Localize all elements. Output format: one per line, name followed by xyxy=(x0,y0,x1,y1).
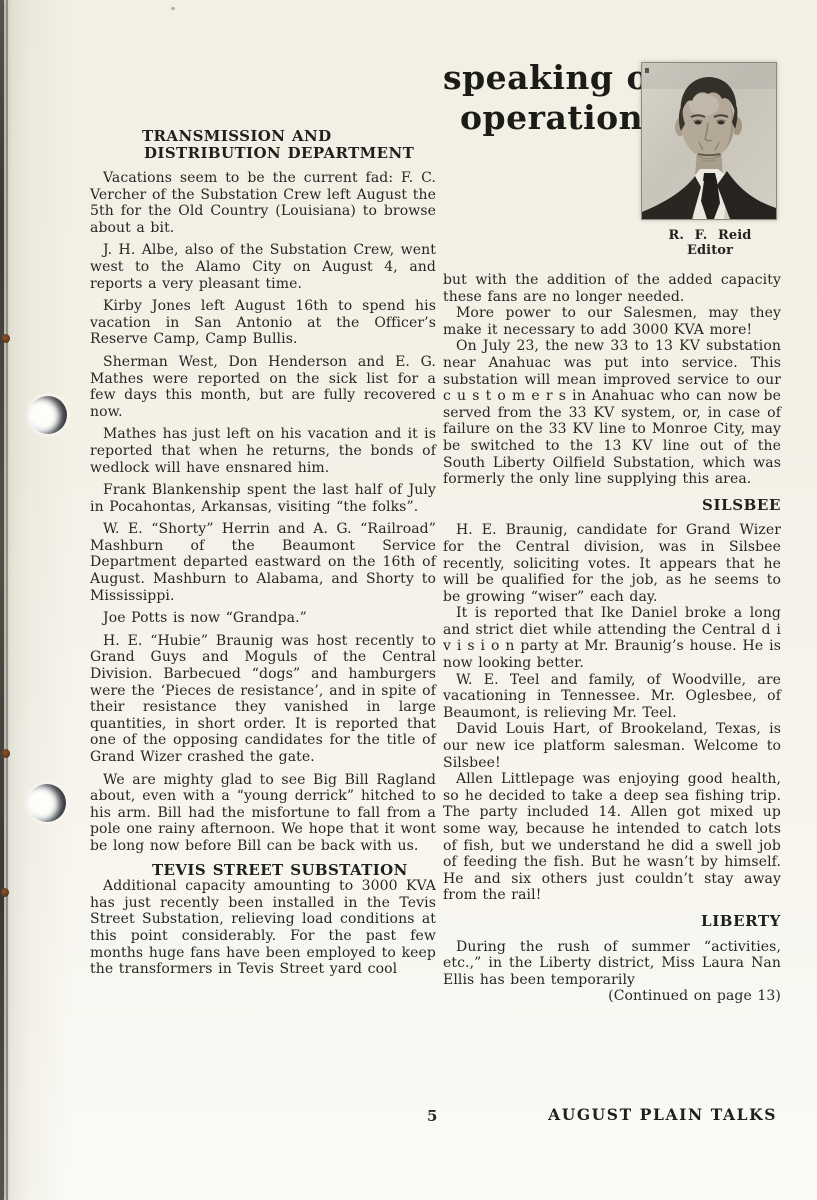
stitch-knot xyxy=(1,888,9,897)
masthead-title: speaking of operations xyxy=(443,58,664,138)
masthead: speaking of operations xyxy=(443,62,781,272)
paragraph: W. E. Teel and family, of Woodville, are… xyxy=(443,672,781,722)
scan-speck xyxy=(171,7,175,10)
paragraph: We are mighty glad to see Big Bill Ragla… xyxy=(90,772,436,855)
portrait-illustration xyxy=(642,63,776,219)
paragraph: H. E. “Hubie” Braunig was host recently … xyxy=(90,633,436,766)
paragraph: Frank Blankenship spent the last half of… xyxy=(90,482,436,515)
paragraph: Additional capacity amounting to 3000 KV… xyxy=(90,878,436,978)
photo-caption: R. F. Reid Editor xyxy=(643,228,777,258)
punch-hole xyxy=(29,396,67,434)
continued-note: (Continued on page 13) xyxy=(443,988,781,1005)
paragraph: J. H. Albe, also of the Substation Crew,… xyxy=(90,242,436,292)
paragraph: More power to our Salesmen, may they mak… xyxy=(443,305,781,338)
scanned-newsletter-page: TRANSMISSION AND DISTRIBUTION DEPARTMENT… xyxy=(0,0,817,1200)
paragraph: Kirby Jones left August 16th to spend hi… xyxy=(90,298,436,348)
editor-portrait-photo xyxy=(641,62,777,220)
editor-title: Editor xyxy=(643,243,777,258)
section-heading-silsbee: SILSBEE xyxy=(443,497,781,514)
stitch-knot xyxy=(2,334,10,343)
paragraph: On July 23, the new 33 to 13 KV substati… xyxy=(443,338,781,487)
footer-publication-title: AUGUST PLAIN TALKS xyxy=(548,1105,777,1124)
paragraph: Mathes has just left on his vacation and… xyxy=(90,426,436,476)
department-heading: TRANSMISSION AND DISTRIBUTION DEPARTMENT xyxy=(90,128,436,162)
paragraph: but with the addition of the added capac… xyxy=(443,272,781,305)
paragraph: W. E. “Shorty” Herrin and A. G. “Railroa… xyxy=(90,521,436,604)
binding-thread xyxy=(6,0,8,1200)
punch-hole xyxy=(28,784,66,822)
department-heading-line1: TRANSMISSION AND xyxy=(90,128,436,145)
editor-name: R. F. Reid xyxy=(643,228,777,243)
paragraph: It is reported that Ike Daniel broke a l… xyxy=(443,605,781,671)
section-heading-liberty: LIBERTY xyxy=(443,913,781,930)
substation-subheading: TEVIS STREET SUBSTATION xyxy=(90,862,436,879)
paragraph: During the rush of summer “activities, e… xyxy=(443,939,781,989)
masthead-title-line1: speaking of xyxy=(443,58,664,98)
department-heading-line2: DISTRIBUTION DEPARTMENT xyxy=(90,145,436,162)
masthead-title-line2: operations xyxy=(443,98,664,138)
paragraph: Vacations seem to be the current fad: F.… xyxy=(90,170,436,236)
paragraph: Joe Potts is now “Grandpa.” xyxy=(90,610,436,627)
left-column: TRANSMISSION AND DISTRIBUTION DEPARTMENT… xyxy=(90,128,436,978)
footer-page-number: 5 xyxy=(427,1107,437,1125)
page-scan-edge xyxy=(0,0,4,1200)
right-column: speaking of operations xyxy=(443,62,781,1005)
paragraph: Allen Littlepage was enjoying good healt… xyxy=(443,771,781,904)
paragraph: H. E. Braunig, candidate for Grand Wizer… xyxy=(443,522,781,605)
stitch-knot xyxy=(2,749,10,758)
paragraph: David Louis Hart, of Brookeland, Texas, … xyxy=(443,721,781,771)
paragraph: Sherman West, Don Henderson and E. G. Ma… xyxy=(90,354,436,420)
